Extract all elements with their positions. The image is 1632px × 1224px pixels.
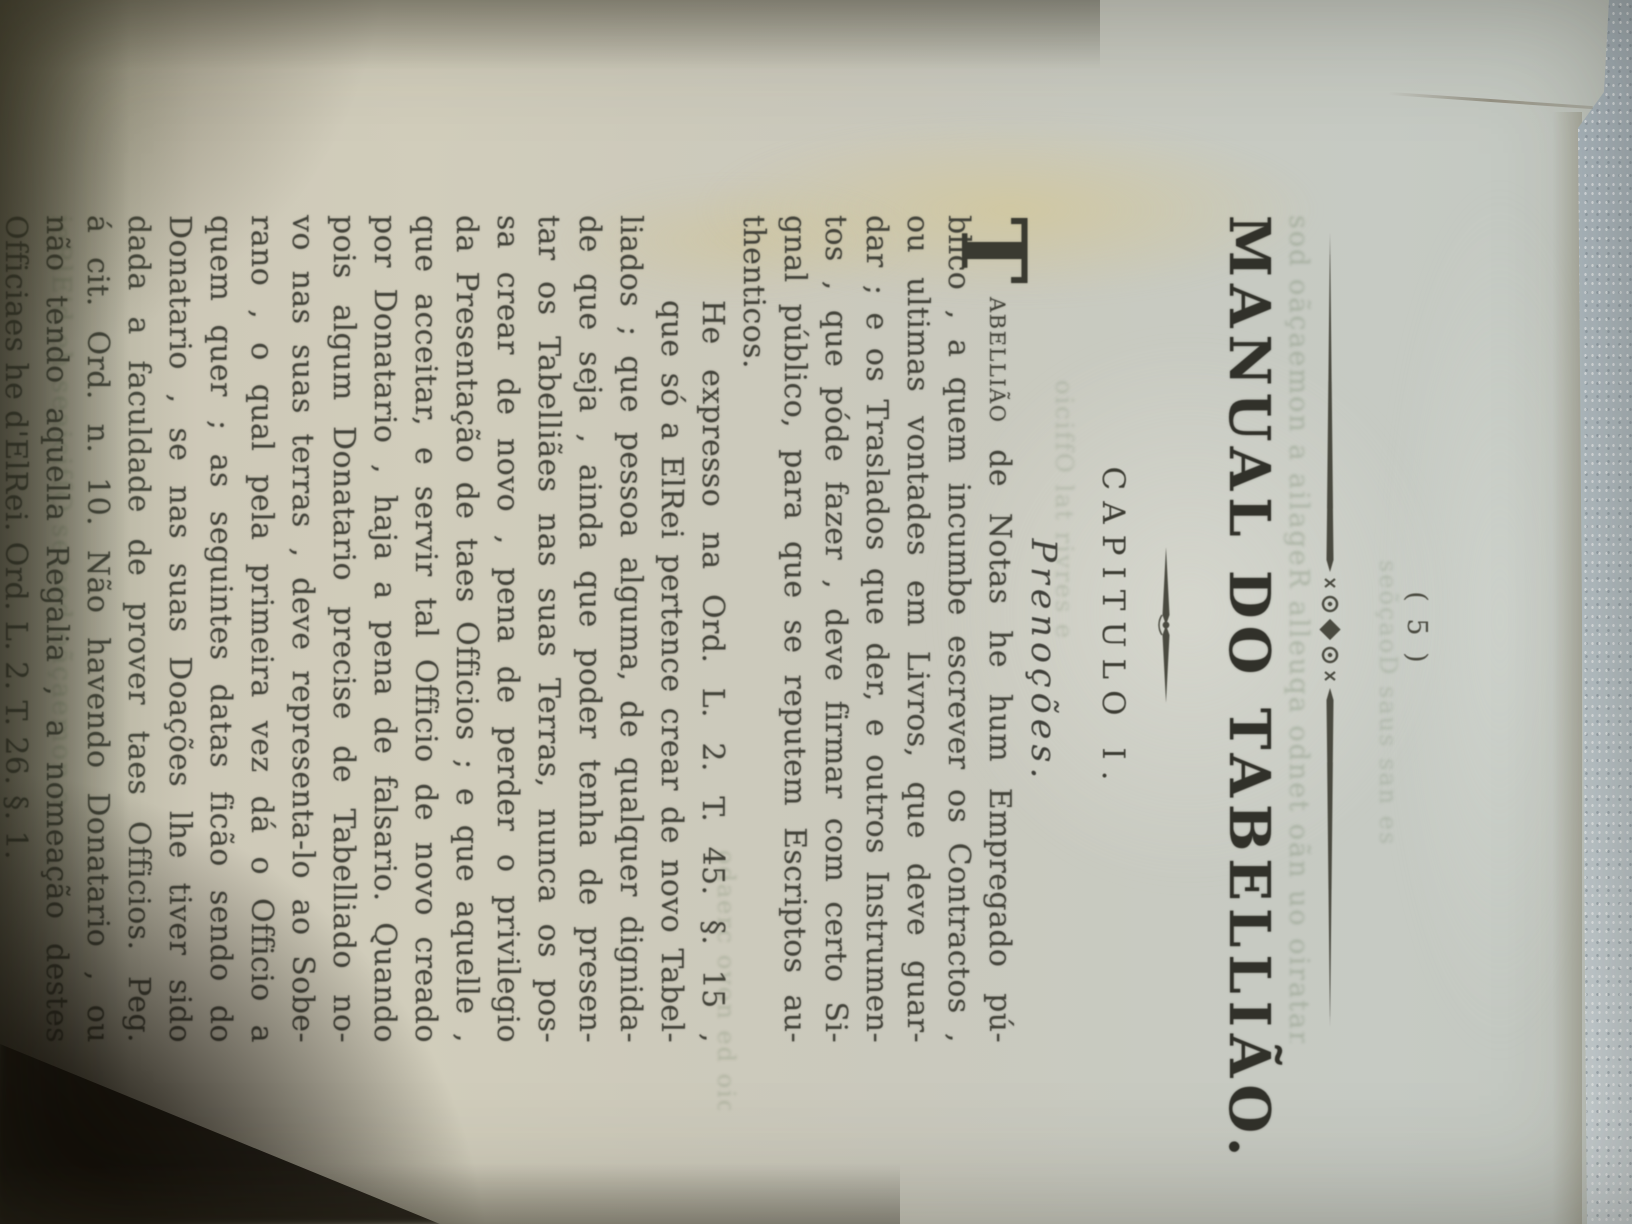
photo-vignette <box>0 0 1632 1224</box>
book-photo: sod oãçaemon a ailageR alleuqa odnet oãn… <box>0 0 1632 1224</box>
